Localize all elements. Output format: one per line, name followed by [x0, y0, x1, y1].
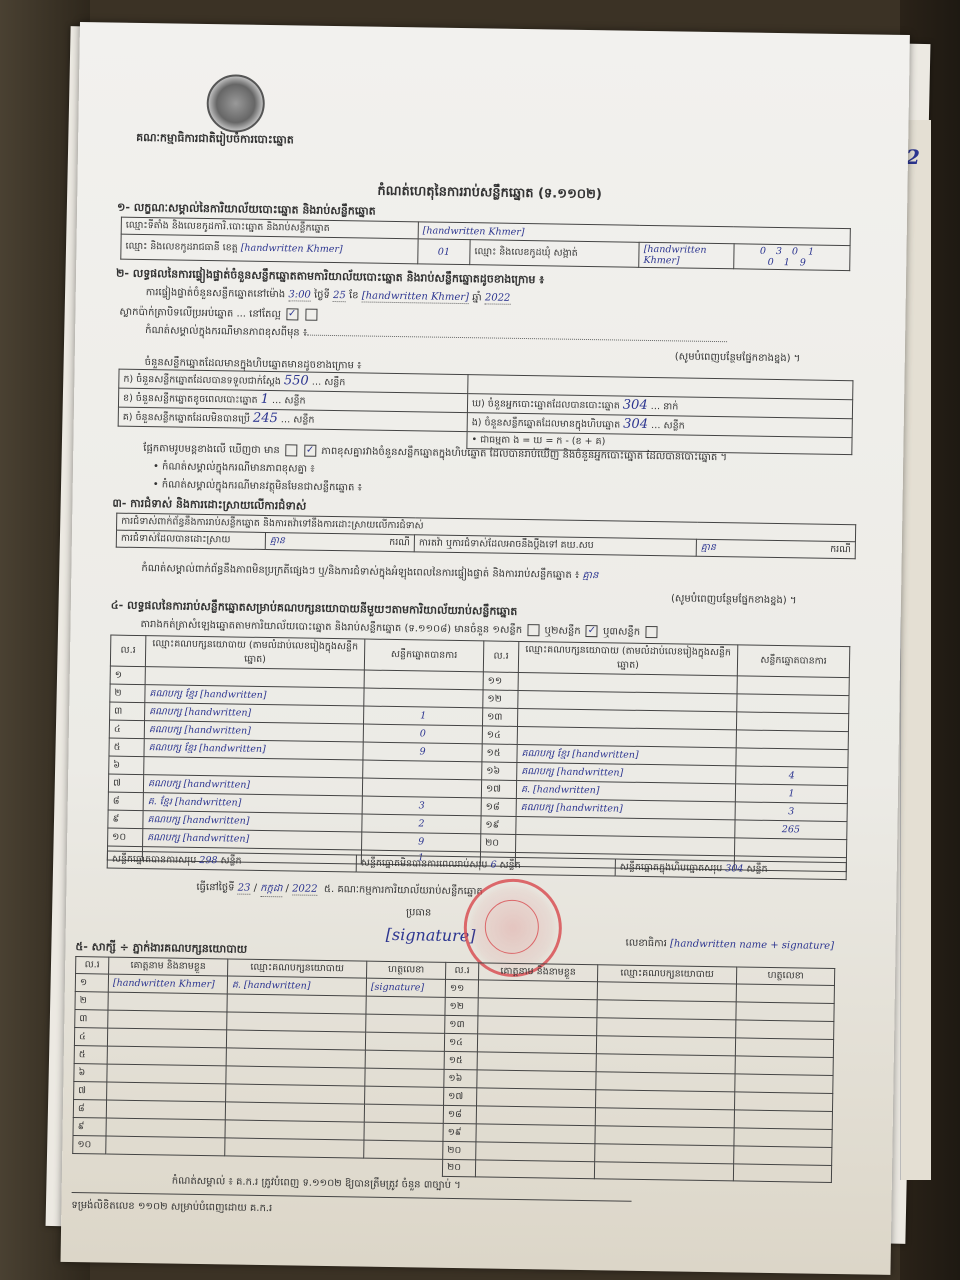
witness-party — [227, 1012, 366, 1032]
witness-signature — [366, 996, 445, 1015]
row-number: ១៨ — [481, 798, 516, 817]
foreign-object-note: • កំណត់សម្គាល់ក្នុងករណីមានវត្ថុមិនមែនជាស… — [153, 477, 362, 495]
row-number: ១១ — [445, 979, 478, 998]
witness-signature — [736, 984, 834, 1004]
vote-count: 1 — [735, 784, 847, 804]
witness-signature — [364, 1140, 443, 1159]
witness-name — [107, 1046, 226, 1066]
signing-date-line: ធ្វើនៅថ្ងៃទី 23 / កក្កដា / 2022 ៥. គណៈកម… — [196, 880, 483, 900]
witness-name — [478, 980, 597, 1000]
province-label: ឈ្មោះ និងលេខកូដរាជធានី ខេត្ត [handwritte… — [121, 234, 418, 264]
witness-party — [227, 994, 366, 1014]
fill-note: (សូមបំពេញបន្ថែមផ្នែកខាងខ្នង) ។ — [675, 349, 801, 366]
resolved-label: ការជំទាស់ដែលបានដោះស្រាយ — [116, 530, 265, 549]
row-number: ២ — [110, 684, 145, 703]
witness-party — [595, 1144, 734, 1164]
discrepancy-has-checkbox[interactable] — [285, 444, 297, 456]
vote-count — [364, 688, 483, 708]
witness-party — [226, 1048, 365, 1068]
vote-count — [364, 670, 483, 690]
witness-party — [595, 1126, 734, 1146]
month-value: [handwritten Khmer] — [362, 290, 469, 304]
row-number: ៥ — [109, 738, 144, 757]
witness-signature — [365, 1086, 444, 1105]
day-value: 25 — [333, 290, 346, 302]
witness-party — [226, 1030, 365, 1050]
row-number: ១ — [110, 666, 145, 685]
one-sheet-checkbox[interactable] — [527, 624, 539, 636]
witness-name — [476, 1106, 595, 1126]
witness-name — [476, 1142, 595, 1162]
vote-count: 9 — [363, 742, 482, 762]
chair-signature: [signature] — [386, 925, 476, 945]
appeal-value: គ្មាន ករណី — [696, 539, 855, 558]
witness-signature: [signature] — [366, 978, 445, 997]
row-number: ៤ — [74, 1028, 107, 1047]
verification-time-line: ការផ្ទៀងផ្ទាត់ចំនួនសន្លឹកឆ្នោតនៅម៉ោង 3:0… — [146, 285, 511, 306]
witness-name — [106, 1136, 225, 1156]
two-sheet-checkbox[interactable]: ✓ — [586, 625, 598, 637]
row-number: ១៦ — [482, 762, 517, 781]
row-number: ១២ — [445, 997, 478, 1016]
witness-signature — [736, 1020, 834, 1040]
witness-table: ល.រ គោត្តនាម និងនាមខ្លួន ឈ្មោះគណបក្សនយោប… — [72, 956, 835, 1183]
row-number: ៦ — [74, 1064, 107, 1083]
objections-table: ការជំទាស់ពាក់ព័ន្ធនឹងការរាប់សន្លឹកឆ្នោត … — [116, 513, 856, 560]
code-boxes: 0301 019 — [734, 244, 850, 271]
row-number: ១៥ — [482, 744, 517, 763]
row-number: ៨ — [108, 792, 143, 811]
difference-note: • កំណត់សម្គាល់ក្នុងករណីមានភាពខុសគ្នា ៖ — [153, 459, 315, 477]
row-number: ២០ — [443, 1141, 476, 1160]
row-number: ១៨ — [443, 1105, 476, 1124]
vote-count — [736, 730, 848, 750]
witness-party — [597, 1000, 736, 1020]
row-number: ៨ — [73, 1100, 106, 1119]
witness-signature — [365, 1032, 444, 1051]
vote-count: 2 — [362, 814, 481, 834]
row-number: ១៧ — [481, 780, 516, 799]
witness-signature — [734, 1128, 832, 1148]
vote-count — [363, 760, 482, 780]
vote-count: 4 — [736, 766, 848, 786]
valid-total: សន្លឹកឆ្នោតបានការសរុប 298 សន្លឹក — [107, 851, 356, 872]
vote-count — [737, 694, 849, 714]
witness-party — [226, 1084, 365, 1104]
witness-party — [596, 1090, 735, 1110]
witness-signature — [735, 1056, 833, 1076]
witness-signature — [364, 1104, 443, 1123]
witness-party: គ. [handwritten] — [227, 976, 366, 996]
row-number: ៣ — [110, 702, 145, 721]
witness-name — [477, 1070, 596, 1090]
row-number: ៧ — [108, 774, 143, 793]
row-number: ៩ — [108, 810, 143, 829]
vote-count — [362, 778, 481, 798]
row-number: ១០ — [108, 828, 143, 847]
witness-signature — [734, 1092, 832, 1112]
witness-signature — [736, 1002, 834, 1022]
witness-signature — [364, 1122, 443, 1141]
commune-label: ឈ្មោះ និងលេខកូដឃុំ សង្កាត់ — [470, 240, 640, 268]
row-number: ២០ — [442, 1159, 475, 1177]
row-number: ១០ — [73, 1136, 106, 1155]
form-note: កំណត់សម្គាល់ ៖ គ.ក.រ ត្រូវបំពេញ ទ.១១០២ ឱ… — [172, 1174, 461, 1194]
vote-count: 1 — [364, 706, 483, 726]
row-number: ១៣ — [445, 1015, 478, 1034]
party-results-table: ល.រ ឈ្មោះគណបក្សនយោបាយ (តាមលំដាប់លេខរៀងក្… — [107, 635, 850, 873]
witness-name — [478, 998, 597, 1018]
vote-count: 0 — [363, 724, 482, 744]
witness-party — [597, 1018, 736, 1038]
witness-party — [225, 1138, 364, 1158]
row-number: ១៤ — [482, 726, 517, 745]
witness-signature — [366, 1014, 445, 1033]
witness-name — [478, 1016, 597, 1036]
change-note-line: កំណត់សម្គាល់ក្នុងករណីមានភាពខុសពីមុន ៖ — [145, 323, 845, 349]
witness-name — [477, 1034, 596, 1054]
witness-signature — [735, 1074, 833, 1094]
time-value: 3:00 — [288, 289, 311, 301]
witness-name: [handwritten Khmer] — [108, 974, 227, 994]
row-number: ១៤ — [444, 1033, 477, 1052]
witness-name — [107, 1028, 226, 1048]
province-code: 01 — [418, 239, 471, 265]
vote-count — [736, 712, 848, 732]
seal-broken-checkbox[interactable] — [305, 309, 317, 321]
row-number: ៦ — [109, 756, 144, 775]
box-total: សន្លឹកឆ្នោតក្នុងហិបឆ្នោតសរុប 304 សន្លឹក — [615, 859, 846, 880]
witness-signature — [734, 1146, 832, 1166]
witness-signature — [734, 1110, 832, 1130]
witness-name — [477, 1052, 596, 1072]
fill-note-2: (សូមបំពេញបន្ថែមផ្នែកខាងខ្នង) ។ — [671, 591, 797, 608]
vote-count: 9 — [362, 832, 481, 852]
witness-name — [107, 1082, 226, 1102]
row-number: ១៧ — [444, 1087, 477, 1106]
witness-party — [596, 1072, 735, 1092]
seal-intact-checkbox[interactable]: ✓ — [286, 308, 298, 320]
invalid-total: សន្លឹកឆ្នោតមិនបានការពេលរាប់សរុប 6 សន្លឹក — [356, 855, 615, 876]
row-number: ១៥ — [444, 1051, 477, 1070]
witness-party — [596, 1054, 735, 1074]
organization-name: គណៈកម្មាធិការជាតិរៀបចំការបោះឆ្នោត — [136, 131, 294, 149]
witness-name — [108, 992, 227, 1012]
seal-line: ស្លាកប៉ាក់ត្រាបិទលើប្រអប់ឆ្នោត ... នៅតែល… — [119, 305, 319, 323]
vote-count: 3 — [735, 802, 847, 822]
witness-name — [106, 1118, 225, 1138]
form-footer: ទម្រង់លិខិតលេខ ១១០២ សម្រាប់បំពេញដោយ គ.ក.… — [71, 1198, 272, 1216]
vote-count — [734, 838, 846, 858]
witness-party — [225, 1102, 364, 1122]
witness-name — [107, 1064, 226, 1084]
witness-party — [597, 982, 736, 1002]
three-sheet-checkbox[interactable] — [645, 626, 657, 638]
chair-label: ប្រធាន — [406, 905, 431, 920]
row-number: ៥ — [74, 1046, 107, 1065]
witness-name — [106, 1100, 225, 1120]
row-number: ៤ — [109, 720, 144, 739]
resolved-value: គ្មាន ករណី — [265, 532, 414, 551]
row-number: ២០ — [481, 834, 516, 853]
row-number: ២ — [75, 992, 108, 1011]
appeal-label: ការតវ៉ា ឬការជំទាស់ដែលអាចនឹងប្តឹងទៅ គឃ.សប — [414, 535, 696, 556]
form-title: កំណត់ហេតុនៃការរាប់សន្លឹកឆ្នោត (ទ.១១០២) — [377, 183, 602, 206]
witness-name — [108, 1010, 227, 1030]
form-sheet: គណៈកម្មាធិការជាតិរៀបចំការបោះឆ្នោត កំណត់ហ… — [61, 22, 910, 1275]
commune-value: [handwritten Khmer] — [639, 242, 734, 268]
row-number: ១ — [75, 974, 108, 993]
witness-party — [226, 1066, 365, 1086]
witness-name — [476, 1124, 595, 1144]
witness-signature — [365, 1068, 444, 1087]
row-number: ១២ — [483, 690, 518, 709]
witness-signature — [735, 1038, 833, 1058]
vote-count: 265 — [735, 820, 847, 840]
witness-signature — [365, 1050, 444, 1069]
row-number: ៧ — [74, 1082, 107, 1101]
secretary-line: លេខាធិការ [handwritten name + signature] — [625, 936, 834, 954]
section1-table: ឈ្មោះទីតាំង និងលេខកូដការិ.បោះឆ្នោត និងរា… — [120, 217, 851, 271]
row-number: ១៩ — [443, 1123, 476, 1142]
witness-party — [596, 1036, 735, 1056]
row-number: ៣ — [75, 1010, 108, 1029]
irregularity-note: កំណត់សម្គាល់ពាក់ព័ន្ធនឹងភាពមិនប្រក្រតីផ្… — [141, 561, 861, 587]
vote-count: 3 — [362, 796, 481, 816]
row-number: ៩ — [73, 1118, 106, 1137]
row-number: ១១ — [483, 672, 518, 691]
witness-name — [477, 1088, 596, 1108]
discrepancy-none-checkbox[interactable]: ✓ — [304, 445, 316, 457]
row-number: ១៩ — [481, 816, 516, 835]
row-number: ១៣ — [482, 708, 517, 727]
vote-count — [737, 676, 849, 696]
witness-party — [595, 1108, 734, 1128]
nec-logo-icon — [206, 74, 265, 133]
province-value: [handwritten Khmer] — [241, 243, 343, 256]
witness-party — [225, 1120, 364, 1140]
row-number: ១៦ — [444, 1069, 477, 1088]
vote-count — [736, 748, 848, 768]
year-value: 2022 — [485, 292, 511, 304]
